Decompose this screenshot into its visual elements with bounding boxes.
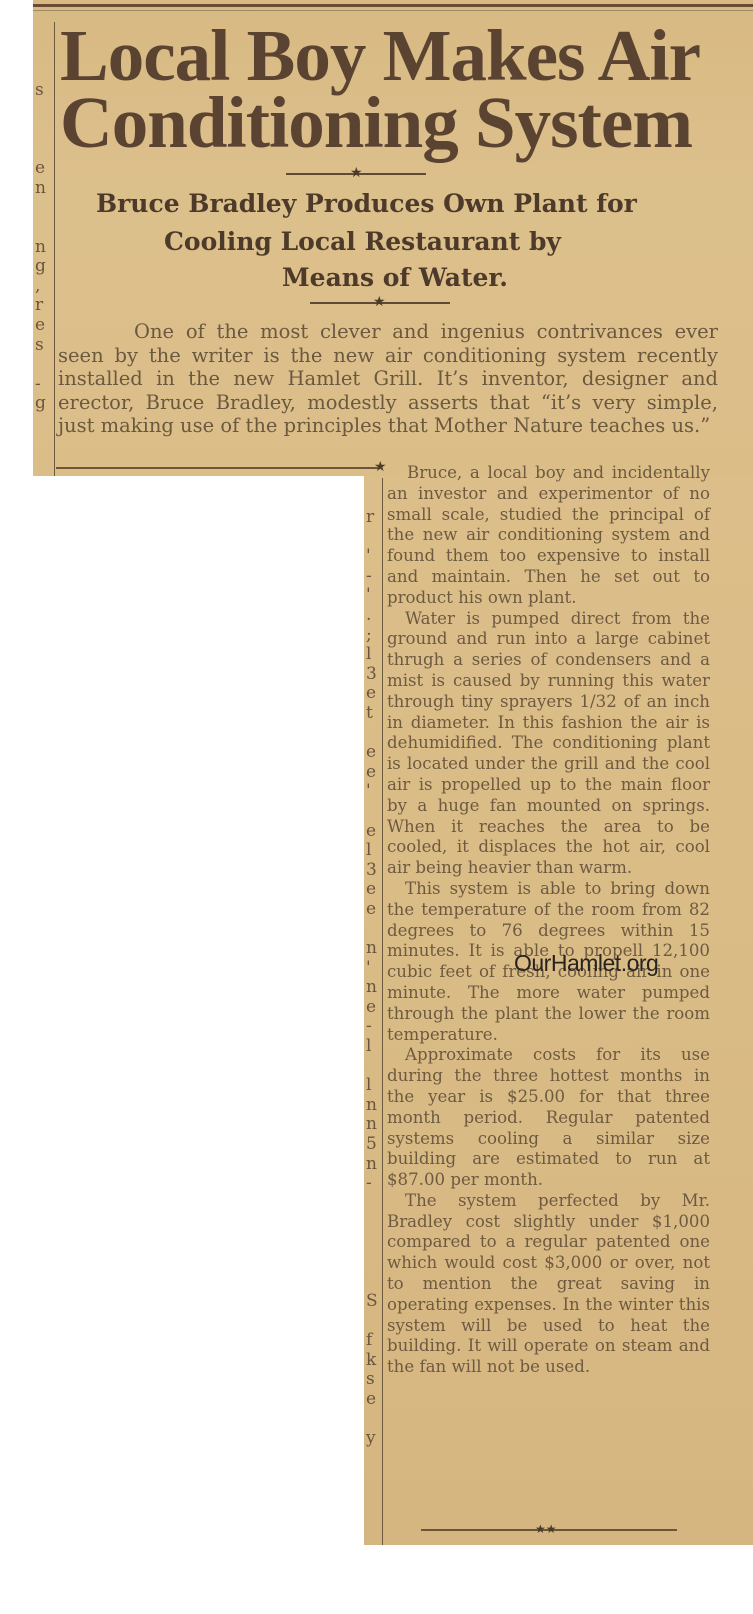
body-paragraph: Water is pumped direct from the ground a… bbox=[387, 609, 710, 879]
body-paragraph: The system perfected by Mr. Bradley cost… bbox=[387, 1191, 710, 1378]
lead-paragraph-text: One of the most clever and ingenius cont… bbox=[58, 320, 718, 437]
star-ornament-icon: ★ bbox=[350, 166, 363, 180]
body-paragraph: Approximate costs for its use during the… bbox=[387, 1045, 710, 1191]
column-divider-left bbox=[54, 22, 55, 476]
body-paragraph: Bruce, a local boy and incidentally an i… bbox=[387, 463, 710, 609]
adjacent-column-fragment-bottom: r ' - ' . ; l 3 e t e e ' e l 3 e e n ' … bbox=[366, 508, 378, 1449]
headline-line-2: Conditioning System bbox=[60, 82, 692, 163]
masthead-rule-thin bbox=[33, 10, 753, 11]
watermark: OurHamlet.org bbox=[514, 950, 658, 977]
section-divider bbox=[56, 467, 378, 469]
subheadline-line-3: Means of Water. bbox=[282, 260, 602, 296]
column-divider-right bbox=[382, 478, 383, 1545]
star-ornament-icon: ★ bbox=[373, 295, 386, 309]
lead-paragraph: One of the most clever and ingenius cont… bbox=[58, 320, 718, 438]
masthead-rule bbox=[33, 4, 753, 7]
article-body: Bruce, a local boy and incidentally an i… bbox=[387, 463, 710, 1378]
subheadline-line-1: Bruce Bradley Produces Own Plant for bbox=[96, 186, 736, 222]
star-ornament-icon: ★ bbox=[374, 460, 387, 474]
adjacent-column-fragment-top: s e n n g , r e s - g bbox=[35, 22, 46, 414]
double-star-ornament-icon: ★★ bbox=[535, 1522, 557, 1536]
subheadline-line-2: Cooling Local Restaurant by bbox=[164, 224, 644, 260]
headline: Local Boy Makes Air Conditioning System bbox=[60, 22, 750, 156]
